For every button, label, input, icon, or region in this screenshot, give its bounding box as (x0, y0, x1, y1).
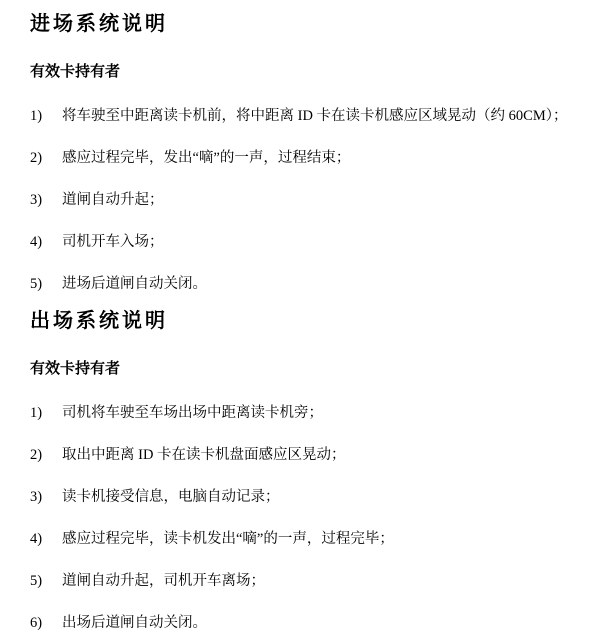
entry-system-section: 进场系统说明 有效卡持有者 1) 将车驶至中距离读卡机前，将中距离 ID 卡在读… (30, 12, 586, 294)
list-item: 1) 司机将车驶至车场出场中距离读卡机旁； (30, 403, 586, 423)
list-item: 1) 将车驶至中距离读卡机前，将中距离 ID 卡在读卡机感应区域晃动（约 60C… (30, 106, 586, 126)
list-item: 4) 司机开车入场； (30, 232, 586, 252)
list-item-text: 司机开车入场； (62, 232, 586, 252)
list-item-text: 道闸自动升起，司机开车离场； (62, 571, 586, 591)
list-item-text: 感应过程完毕，读卡机发出“嘀”的一声，过程完毕； (62, 529, 586, 549)
list-item-text: 道闸自动升起； (62, 190, 586, 210)
list-item-text: 出场后道闸自动关闭。 (62, 613, 586, 633)
list-item-number: 1) (30, 403, 62, 423)
list-item: 4) 感应过程完毕，读卡机发出“嘀”的一声，过程完毕； (30, 529, 586, 549)
list-item: 5) 进场后道闸自动关闭。 (30, 274, 586, 294)
list-item-number: 6) (30, 613, 62, 633)
list-item: 6) 出场后道闸自动关闭。 (30, 613, 586, 633)
list-item: 3) 道闸自动升起； (30, 190, 586, 210)
list-item: 3) 读卡机接受信息，电脑自动记录； (30, 487, 586, 507)
list-item-number: 3) (30, 487, 62, 507)
list-item-number: 2) (30, 148, 62, 168)
section-subtitle: 有效卡持有者 (30, 360, 586, 378)
list-item-number: 3) (30, 190, 62, 210)
exit-system-section: 出场系统说明 有效卡持有者 1) 司机将车驶至车场出场中距离读卡机旁； 2) 取… (30, 309, 586, 633)
list-item-number: 5) (30, 274, 62, 294)
list-item-number: 4) (30, 529, 62, 549)
numbered-list: 1) 将车驶至中距离读卡机前，将中距离 ID 卡在读卡机感应区域晃动（约 60C… (30, 106, 586, 294)
list-item-text: 读卡机接受信息，电脑自动记录； (62, 487, 586, 507)
document-page: 进场系统说明 有效卡持有者 1) 将车驶至中距离读卡机前，将中距离 ID 卡在读… (0, 0, 604, 633)
list-item: 2) 取出中距离 ID 卡在读卡机盘面感应区晃动； (30, 445, 586, 465)
list-item-number: 4) (30, 232, 62, 252)
section-title: 进场系统说明 (30, 12, 586, 36)
section-title: 出场系统说明 (30, 309, 586, 333)
numbered-list: 1) 司机将车驶至车场出场中距离读卡机旁； 2) 取出中距离 ID 卡在读卡机盘… (30, 403, 586, 633)
list-item-text: 进场后道闸自动关闭。 (62, 274, 586, 294)
list-item-number: 5) (30, 571, 62, 591)
section-subtitle: 有效卡持有者 (30, 63, 586, 81)
list-item: 5) 道闸自动升起，司机开车离场； (30, 571, 586, 591)
list-item-number: 1) (30, 106, 62, 126)
list-item: 2) 感应过程完毕，发出“嘀”的一声，过程结束； (30, 148, 586, 168)
list-item-text: 司机将车驶至车场出场中距离读卡机旁； (62, 403, 586, 423)
list-item-text: 将车驶至中距离读卡机前，将中距离 ID 卡在读卡机感应区域晃动（约 60CM）； (62, 106, 586, 126)
list-item-number: 2) (30, 445, 62, 465)
list-item-text: 感应过程完毕，发出“嘀”的一声，过程结束； (62, 148, 586, 168)
list-item-text: 取出中距离 ID 卡在读卡机盘面感应区晃动； (62, 445, 586, 465)
